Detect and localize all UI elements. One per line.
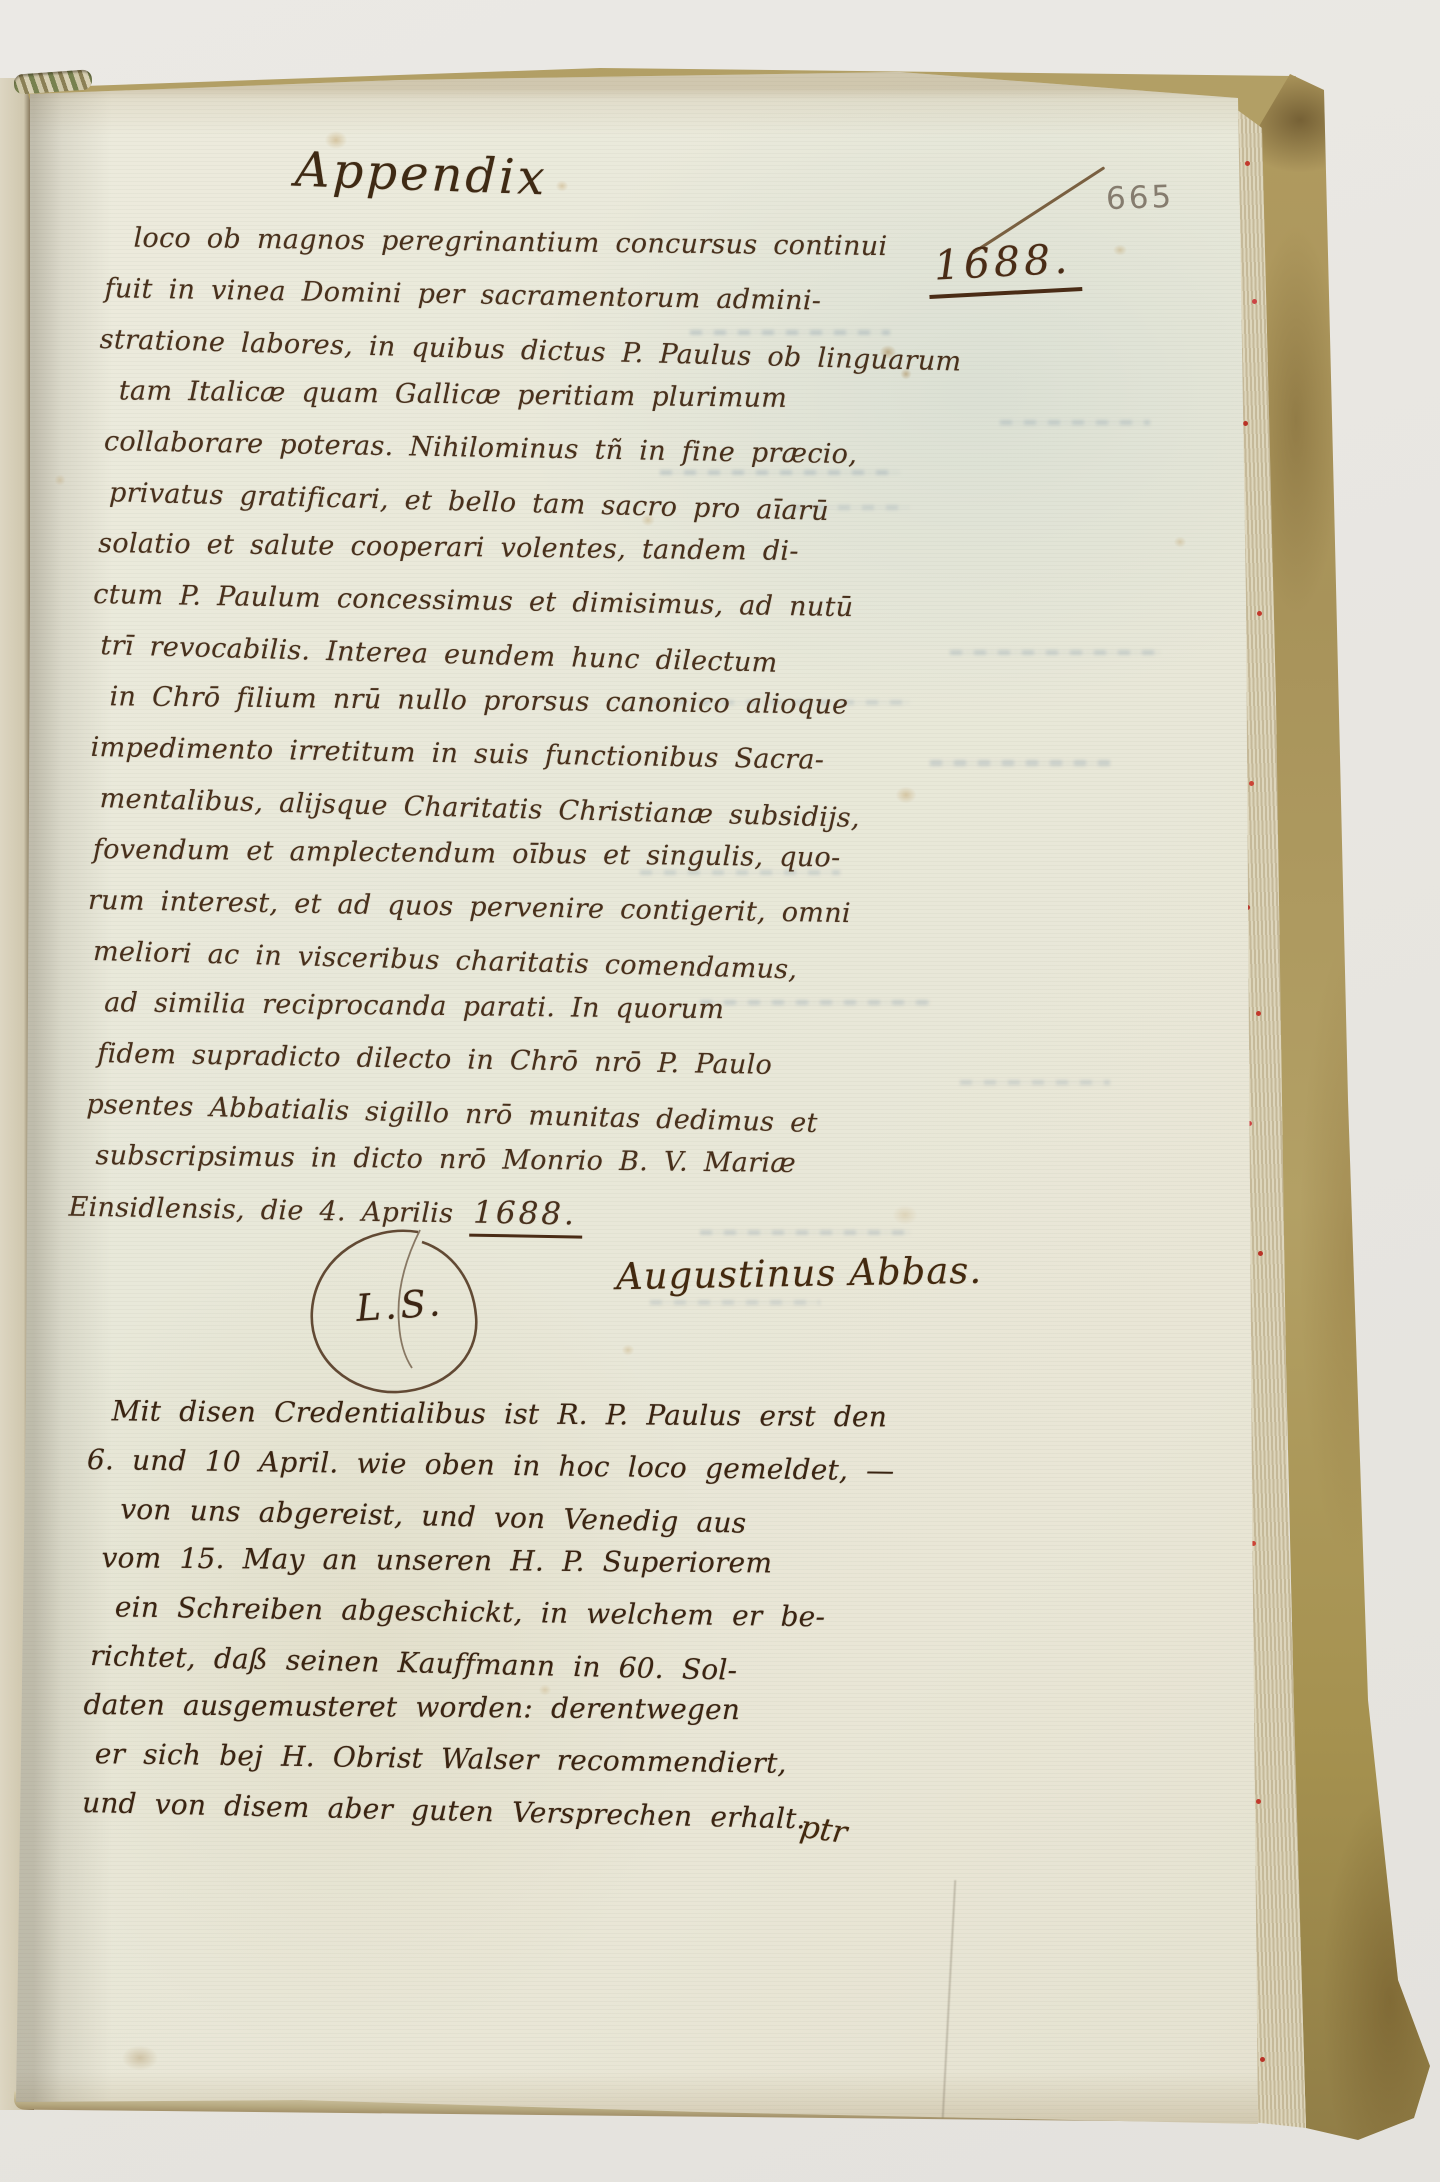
catchword: ptr [798, 1809, 850, 1851]
german-text-block: Mit disen Credentialibus ist R. P. Paulu… [82, 1386, 948, 1839]
latin-line: ad similia reciprocanda parati. In quoru… [104, 977, 927, 1037]
german-line: daten ausgemusteret worden: derentwegen [83, 1680, 943, 1736]
latin-line: fovendum et amplectendum oībus et singul… [93, 824, 930, 884]
margin-year: 1688. [927, 234, 1083, 299]
page-title: Appendix [294, 142, 548, 207]
dateline-text: Einsidlensis, die 4. Aprilis [68, 1192, 469, 1230]
latin-line: tam Italicæ quam Gallicæ peritiam plurim… [119, 365, 938, 425]
latin-line: solatio et salute cooperari volentes, ta… [98, 518, 935, 578]
latin-text-block: loco ob magnos peregrinantium concursus … [82, 212, 940, 1248]
seal-placeholder: L.S. [300, 1228, 490, 1400]
german-line: Mit disen Credentialibus ist R. P. Paulu… [111, 1386, 947, 1442]
folio-number: 665 [1105, 179, 1174, 217]
german-line: vom 15. May an unseren H. P. Superiorem [101, 1533, 945, 1589]
latin-line: in Chrō filium nrū nullo prorsus canonic… [109, 671, 932, 731]
seal-mark: L.S. [355, 1281, 446, 1330]
fore-edge-speckles [0, 0, 3, 3]
latin-line: subscripsimus in dicto nrō Monrio B. V. … [95, 1130, 924, 1190]
manuscript-photo: Appendix 665 1688. loco ob magnos peregr… [0, 0, 1440, 2182]
abbot-signature: Augustinus Abbas. [616, 1249, 983, 1298]
latin-line: loco ob magnos peregrinantium concursus … [133, 213, 940, 273]
